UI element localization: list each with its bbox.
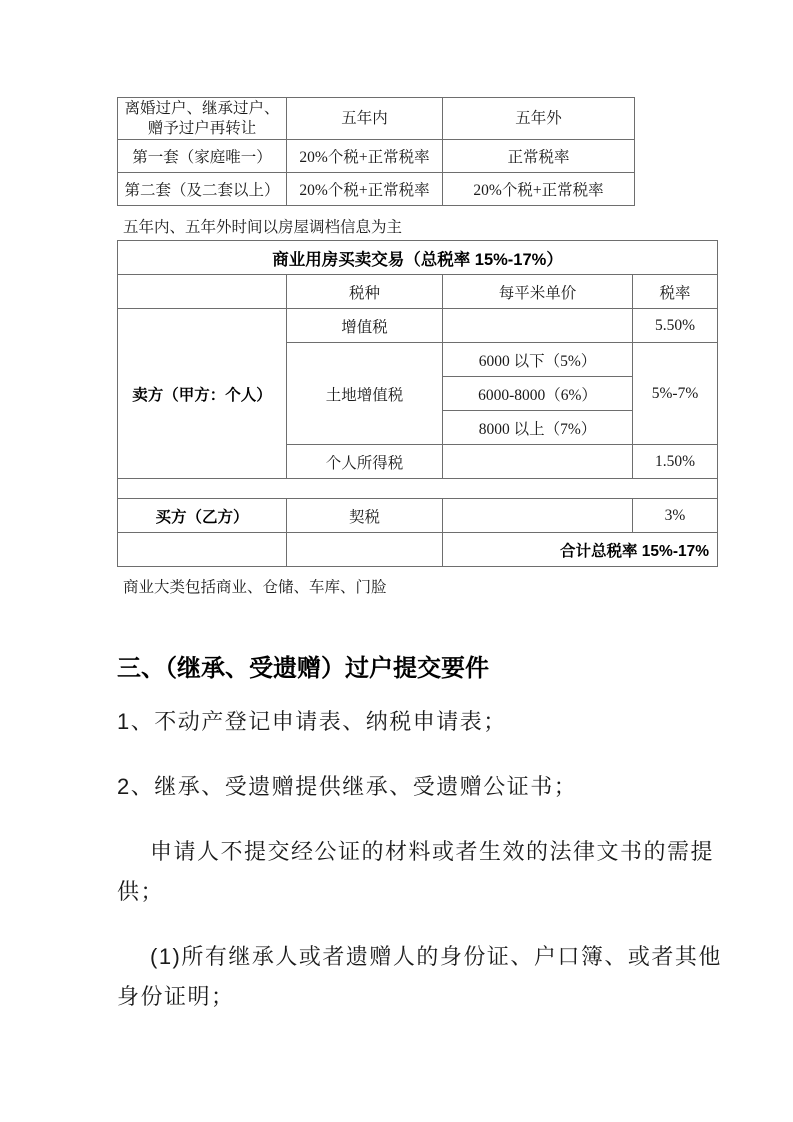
paragraph-non-notarized-materials: 申请人不提交经公证的材料或者生效的法律文书的需提供；: [117, 832, 729, 912]
note-archive-info: 五年内、五年外时间以房屋调档信息为主: [123, 215, 402, 237]
table-row: 第二套（及二套以上） 20%个税+正常税率 20%个税+正常税率: [118, 173, 635, 206]
table2-deed-tax-rate: 3%: [633, 499, 718, 533]
table2-title: 商业用房买卖交易（总税率 15%-17%）: [118, 241, 718, 275]
table1-header-beyond-5-years: 五年外: [443, 98, 635, 140]
table2-total-empty-cell-2: [287, 533, 443, 567]
table-row: 第一套（家庭唯一） 20%个税+正常税率 正常税率: [118, 140, 635, 173]
table2-total-empty-cell-1: [118, 533, 287, 567]
section-body: 1、不动产登记申请表、纳税申请表； 2、继承、受遗赠提供继承、受遗赠公证书； 申…: [117, 702, 729, 1042]
table1-second-home-beyond5: 20%个税+正常税率: [443, 173, 635, 206]
table2-land-vat-rate: 5%-7%: [633, 343, 718, 445]
table2-header-empty-cell: [118, 275, 287, 309]
table2-header-unit-price: 每平米单价: [443, 275, 633, 309]
table2-spacer-cell: [118, 479, 718, 499]
table-row: 买方（乙方） 契税 3%: [118, 499, 718, 533]
table2-land-vat-tier-3: 8000 以上（7%）: [443, 411, 633, 445]
table2-deed-tax-price-empty-cell: [443, 499, 633, 533]
table2-income-tax-rate: 1.50%: [633, 445, 718, 479]
table2-vat-rate: 5.50%: [633, 309, 718, 343]
section-heading: 三、（继承、受遗赠）过户提交要件: [117, 648, 489, 683]
table2-land-vat-tier-1: 6000 以下（5%）: [443, 343, 633, 377]
table2-vat-name: 增值税: [287, 309, 443, 343]
paragraph-identity-documents: (1)所有继承人或者遗赠人的身份证、户口簿、或者其他身份证明；: [117, 937, 729, 1017]
table2-land-vat-tier-2: 6000-8000（6%）: [443, 377, 633, 411]
table2-income-tax-name: 个人所得税: [287, 445, 443, 479]
table2-land-vat-name: 土地增值税: [287, 343, 443, 445]
table2-buyer-label: 买方（乙方）: [118, 499, 287, 533]
table-row: 税种 每平米单价 税率: [118, 275, 718, 309]
table2-vat-price-empty-cell: [443, 309, 633, 343]
table-row: 离婚过户、继承过户、赠予过户再转让 五年内 五年外: [118, 98, 635, 140]
table1-header-transfer-types: 离婚过户、继承过户、赠予过户再转让: [118, 98, 287, 140]
transfer-resale-tax-table: 离婚过户、继承过户、赠予过户再转让 五年内 五年外 第一套（家庭唯一） 20%个…: [117, 97, 635, 206]
table2-income-tax-price-empty-cell: [443, 445, 633, 479]
table2-header-rate: 税率: [633, 275, 718, 309]
table1-first-home-beyond5: 正常税率: [443, 140, 635, 173]
table-row: 合计总税率 15%-17%: [118, 533, 718, 567]
paragraph-registration-forms: 1、不动产登记申请表、纳税申请表；: [117, 702, 729, 742]
commercial-transaction-tax-table: 商业用房买卖交易（总税率 15%-17%） 税种 每平米单价 税率 卖方（甲方：…: [117, 240, 718, 567]
table1-second-home-label: 第二套（及二套以上）: [118, 173, 287, 206]
table2-total-rate: 合计总税率 15%-17%: [443, 533, 718, 567]
table-row-spacer: [118, 479, 718, 499]
table2-header-tax-kind: 税种: [287, 275, 443, 309]
table-row: 商业用房买卖交易（总税率 15%-17%）: [118, 241, 718, 275]
table2-seller-label: 卖方（甲方：个人）: [118, 309, 287, 479]
table1-header-within-5-years: 五年内: [287, 98, 443, 140]
table-row: 卖方（甲方：个人） 增值税 5.50%: [118, 309, 718, 343]
table1-second-home-within5: 20%个税+正常税率: [287, 173, 443, 206]
note-commercial-categories: 商业大类包括商业、仓储、车库、门脸: [123, 575, 387, 597]
paragraph-notarial-certificate: 2、继承、受遗赠提供继承、受遗赠公证书；: [117, 767, 729, 807]
table2-deed-tax-name: 契税: [287, 499, 443, 533]
table1-first-home-within5: 20%个税+正常税率: [287, 140, 443, 173]
table1-first-home-label: 第一套（家庭唯一）: [118, 140, 287, 173]
document-page: 离婚过户、继承过户、赠予过户再转让 五年内 五年外 第一套（家庭唯一） 20%个…: [0, 0, 793, 1122]
